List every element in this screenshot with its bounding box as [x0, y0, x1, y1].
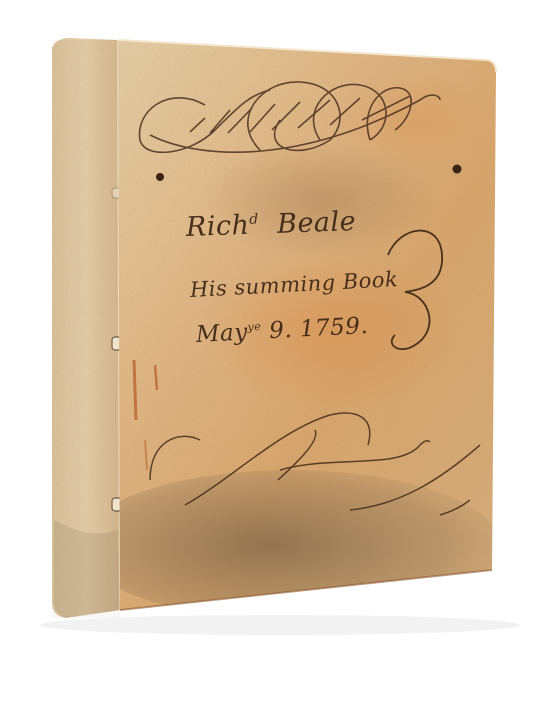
book-photograph: Richd Beale His summing Book Mayye 9. 17… [0, 0, 533, 709]
cover-hole [453, 165, 462, 174]
book-illustration [0, 0, 533, 709]
cover-hole [156, 173, 164, 181]
